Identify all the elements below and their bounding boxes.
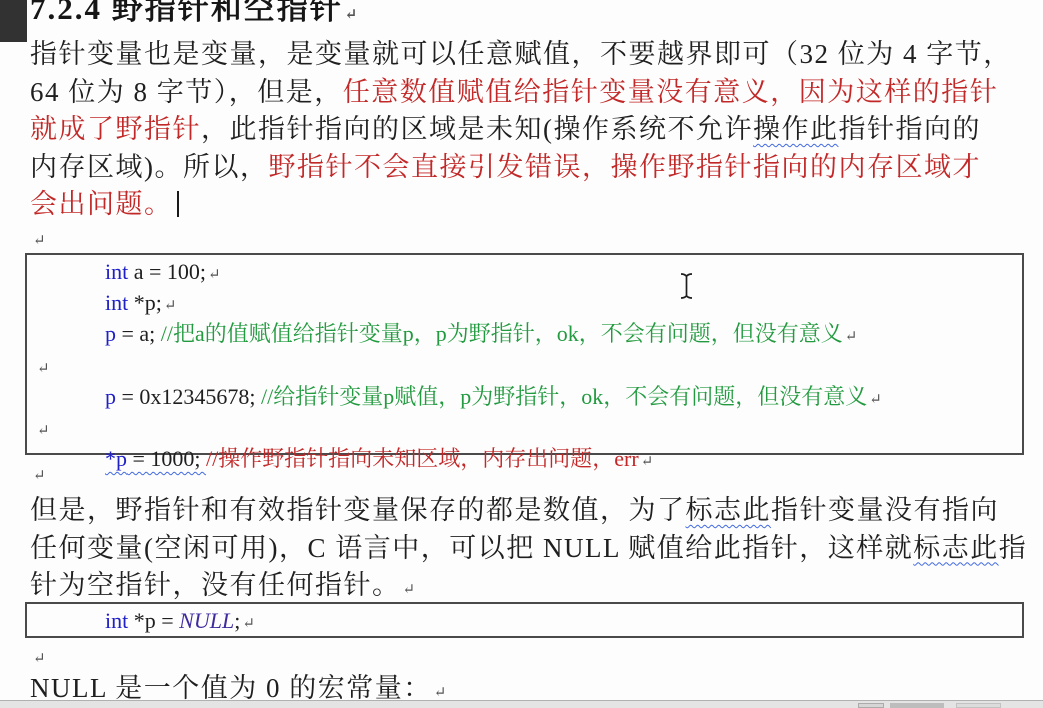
- bottom-bar-button-active[interactable]: [890, 703, 944, 708]
- text-caret: [177, 191, 179, 217]
- text-segment-red: 野指针不会直接引发错误，操作野指针指向的内存区域才: [269, 152, 982, 182]
- paragraph-mark: ↵: [343, 7, 358, 23]
- bottom-bar-button[interactable]: [956, 703, 1001, 708]
- code-line-4: p = 0x12345678; //给指针变量p赋值，p为野指针，ok，不会有问…: [27, 383, 1022, 414]
- bottom-bar-fragment: [0, 700, 1043, 708]
- text-segment: 但是，野指针和有效指针变量保存的都是数值，为了: [30, 495, 686, 525]
- paragraph-1-line-1: 指针变量也是变量，是变量就可以任意赋值，不要越界即可（32 位为 4 字节，: [30, 36, 1012, 74]
- paragraph-mark: ↵: [401, 582, 416, 598]
- keyword: int: [105, 290, 128, 315]
- paragraph-mark: ↵: [33, 466, 46, 485]
- text-segment-spellcheck: 操作此: [753, 114, 839, 144]
- code-line-null: int *p = NULL;↵: [27, 606, 1022, 639]
- bottom-bar-button[interactable]: [858, 703, 884, 708]
- text-segment: 内存区域)。所以，: [30, 152, 269, 182]
- comment-green: //把a的值赋值给指针变量p，p为野指针，ok，不会有问题，但没有意义: [161, 321, 843, 346]
- text-segment: 指: [999, 533, 1028, 563]
- comment-green: //给指针变量p赋值，p为野指针，ok，不会有问题，但没有意义: [261, 384, 867, 409]
- code-line-5: *p = 1000; //操作野指针指向未知区域，内存出问题，err↵: [27, 445, 1022, 476]
- code-text: = a;: [116, 321, 161, 346]
- paragraph-2-line-2: 任何变量(空闲可用)，C 语言中，可以把 NULL 赋值给此指针，这样就标志此指: [30, 530, 1027, 568]
- window-corner-fragment: [0, 0, 27, 42]
- code-text: *p =: [128, 608, 179, 633]
- section-title-text: 7.2.4 野指针和空指针: [30, 0, 343, 26]
- text-segment: 指针指向的: [839, 114, 982, 144]
- code-text-spellcheck: = 1000;: [127, 446, 206, 471]
- paragraph-2: 但是，野指针和有效指针变量保存的都是数值，为了标志此指针变量没有指向 任何变量(…: [30, 492, 1027, 610]
- code-line-1: int a = 100;↵: [27, 258, 1022, 289]
- macro-null: NULL: [179, 608, 234, 633]
- text-segment-red: 就成了野指针: [30, 114, 201, 144]
- code-line-2: int *p;↵: [27, 289, 1022, 320]
- text-segment: 64 位为 8 字节），但是，: [30, 77, 343, 107]
- text-segment-red: 会出问题。: [30, 189, 173, 219]
- text-segment-spellcheck: 标志此: [913, 533, 999, 563]
- code-empty-line: ↵: [27, 414, 1022, 445]
- text-segment: NULL 是一个值为 0 的宏常量：: [30, 673, 432, 703]
- paragraph-1-line-4: 内存区域)。所以，野指针不会直接引发错误，操作野指针指向的内存区域才: [30, 149, 1012, 187]
- text-segment: 指针变量没有指向: [771, 495, 999, 525]
- keyword: int: [105, 608, 128, 633]
- variable-spellcheck: *p: [105, 446, 127, 471]
- paragraph-mark: ↵: [639, 454, 654, 470]
- variable: p: [105, 384, 116, 409]
- code-line-3: p = a; //把a的值赋值给指针变量p，p为野指针，ok，不会有问题，但没有…: [27, 320, 1022, 351]
- code-text: *p;: [128, 290, 162, 315]
- paragraph-mark: ↵: [162, 298, 177, 314]
- text-segment: 任何变量(空闲可用)，C 语言中，可以把 NULL 赋值给此指针，这样就: [30, 533, 913, 563]
- keyword: int: [105, 259, 128, 284]
- paragraph-1: 指针变量也是变量，是变量就可以任意赋值，不要越界即可（32 位为 4 字节， 6…: [30, 36, 1012, 224]
- code-block-wild-pointer[interactable]: int a = 100;↵ int *p;↵ p = a; //把a的值赋值给指…: [25, 253, 1024, 455]
- text-segment-red: 任意数值赋值给指针变量没有意义，因为这样的指针: [343, 77, 999, 107]
- paragraph-1-line-3: 就成了野指针，此指针指向的区域是未知(操作系统不允许操作此指针指向的: [30, 111, 1012, 149]
- document-page[interactable]: 7.2.4 野指针和空指针↵ 指针变量也是变量，是变量就可以任意赋值，不要越界即…: [0, 0, 1043, 708]
- paragraph-1-line-2: 64 位为 8 字节），但是，任意数值赋值给指针变量没有意义，因为这样的指针: [30, 74, 1012, 112]
- text-segment-spellcheck: 标志此: [686, 495, 772, 525]
- comment-red: //操作野指针指向未知区域，内存出问题，err: [206, 446, 639, 471]
- paragraph-mark: ↵: [867, 392, 882, 408]
- variable: p: [105, 321, 116, 346]
- code-empty-line: ↵: [27, 352, 1022, 383]
- text-segment: 指针变量也是变量，是变量就可以任意赋值，不要越界即可（32 位为 4 字节，: [30, 39, 1012, 69]
- text-segment: ，此指针指向的区域是未知(操作系统不允许: [201, 114, 753, 144]
- paragraph-1-line-5: 会出问题。: [30, 186, 1012, 224]
- paragraph-mark: ↵: [35, 423, 50, 439]
- paragraph-mark: ↵: [206, 267, 221, 283]
- section-title: 7.2.4 野指针和空指针↵: [30, 0, 357, 28]
- paragraph-mark: ↵: [35, 361, 50, 377]
- paragraph-mark: ↵: [33, 649, 46, 668]
- paragraph-mark: ↵: [240, 616, 255, 632]
- mouse-cursor-ibeam: [678, 272, 695, 305]
- paragraph-mark: ↵: [843, 329, 858, 345]
- paragraph-2-line-1: 但是，野指针和有效指针变量保存的都是数值，为了标志此指针变量没有指向: [30, 492, 1027, 530]
- code-text: a = 100;: [128, 259, 206, 284]
- code-text: = 0x12345678;: [116, 384, 261, 409]
- paragraph-mark: ↵: [432, 685, 447, 701]
- text-segment: 针为空指针，没有任何指针。: [30, 570, 401, 600]
- code-block-null-pointer[interactable]: int *p = NULL;↵: [25, 602, 1024, 638]
- paragraph-mark: ↵: [33, 231, 46, 250]
